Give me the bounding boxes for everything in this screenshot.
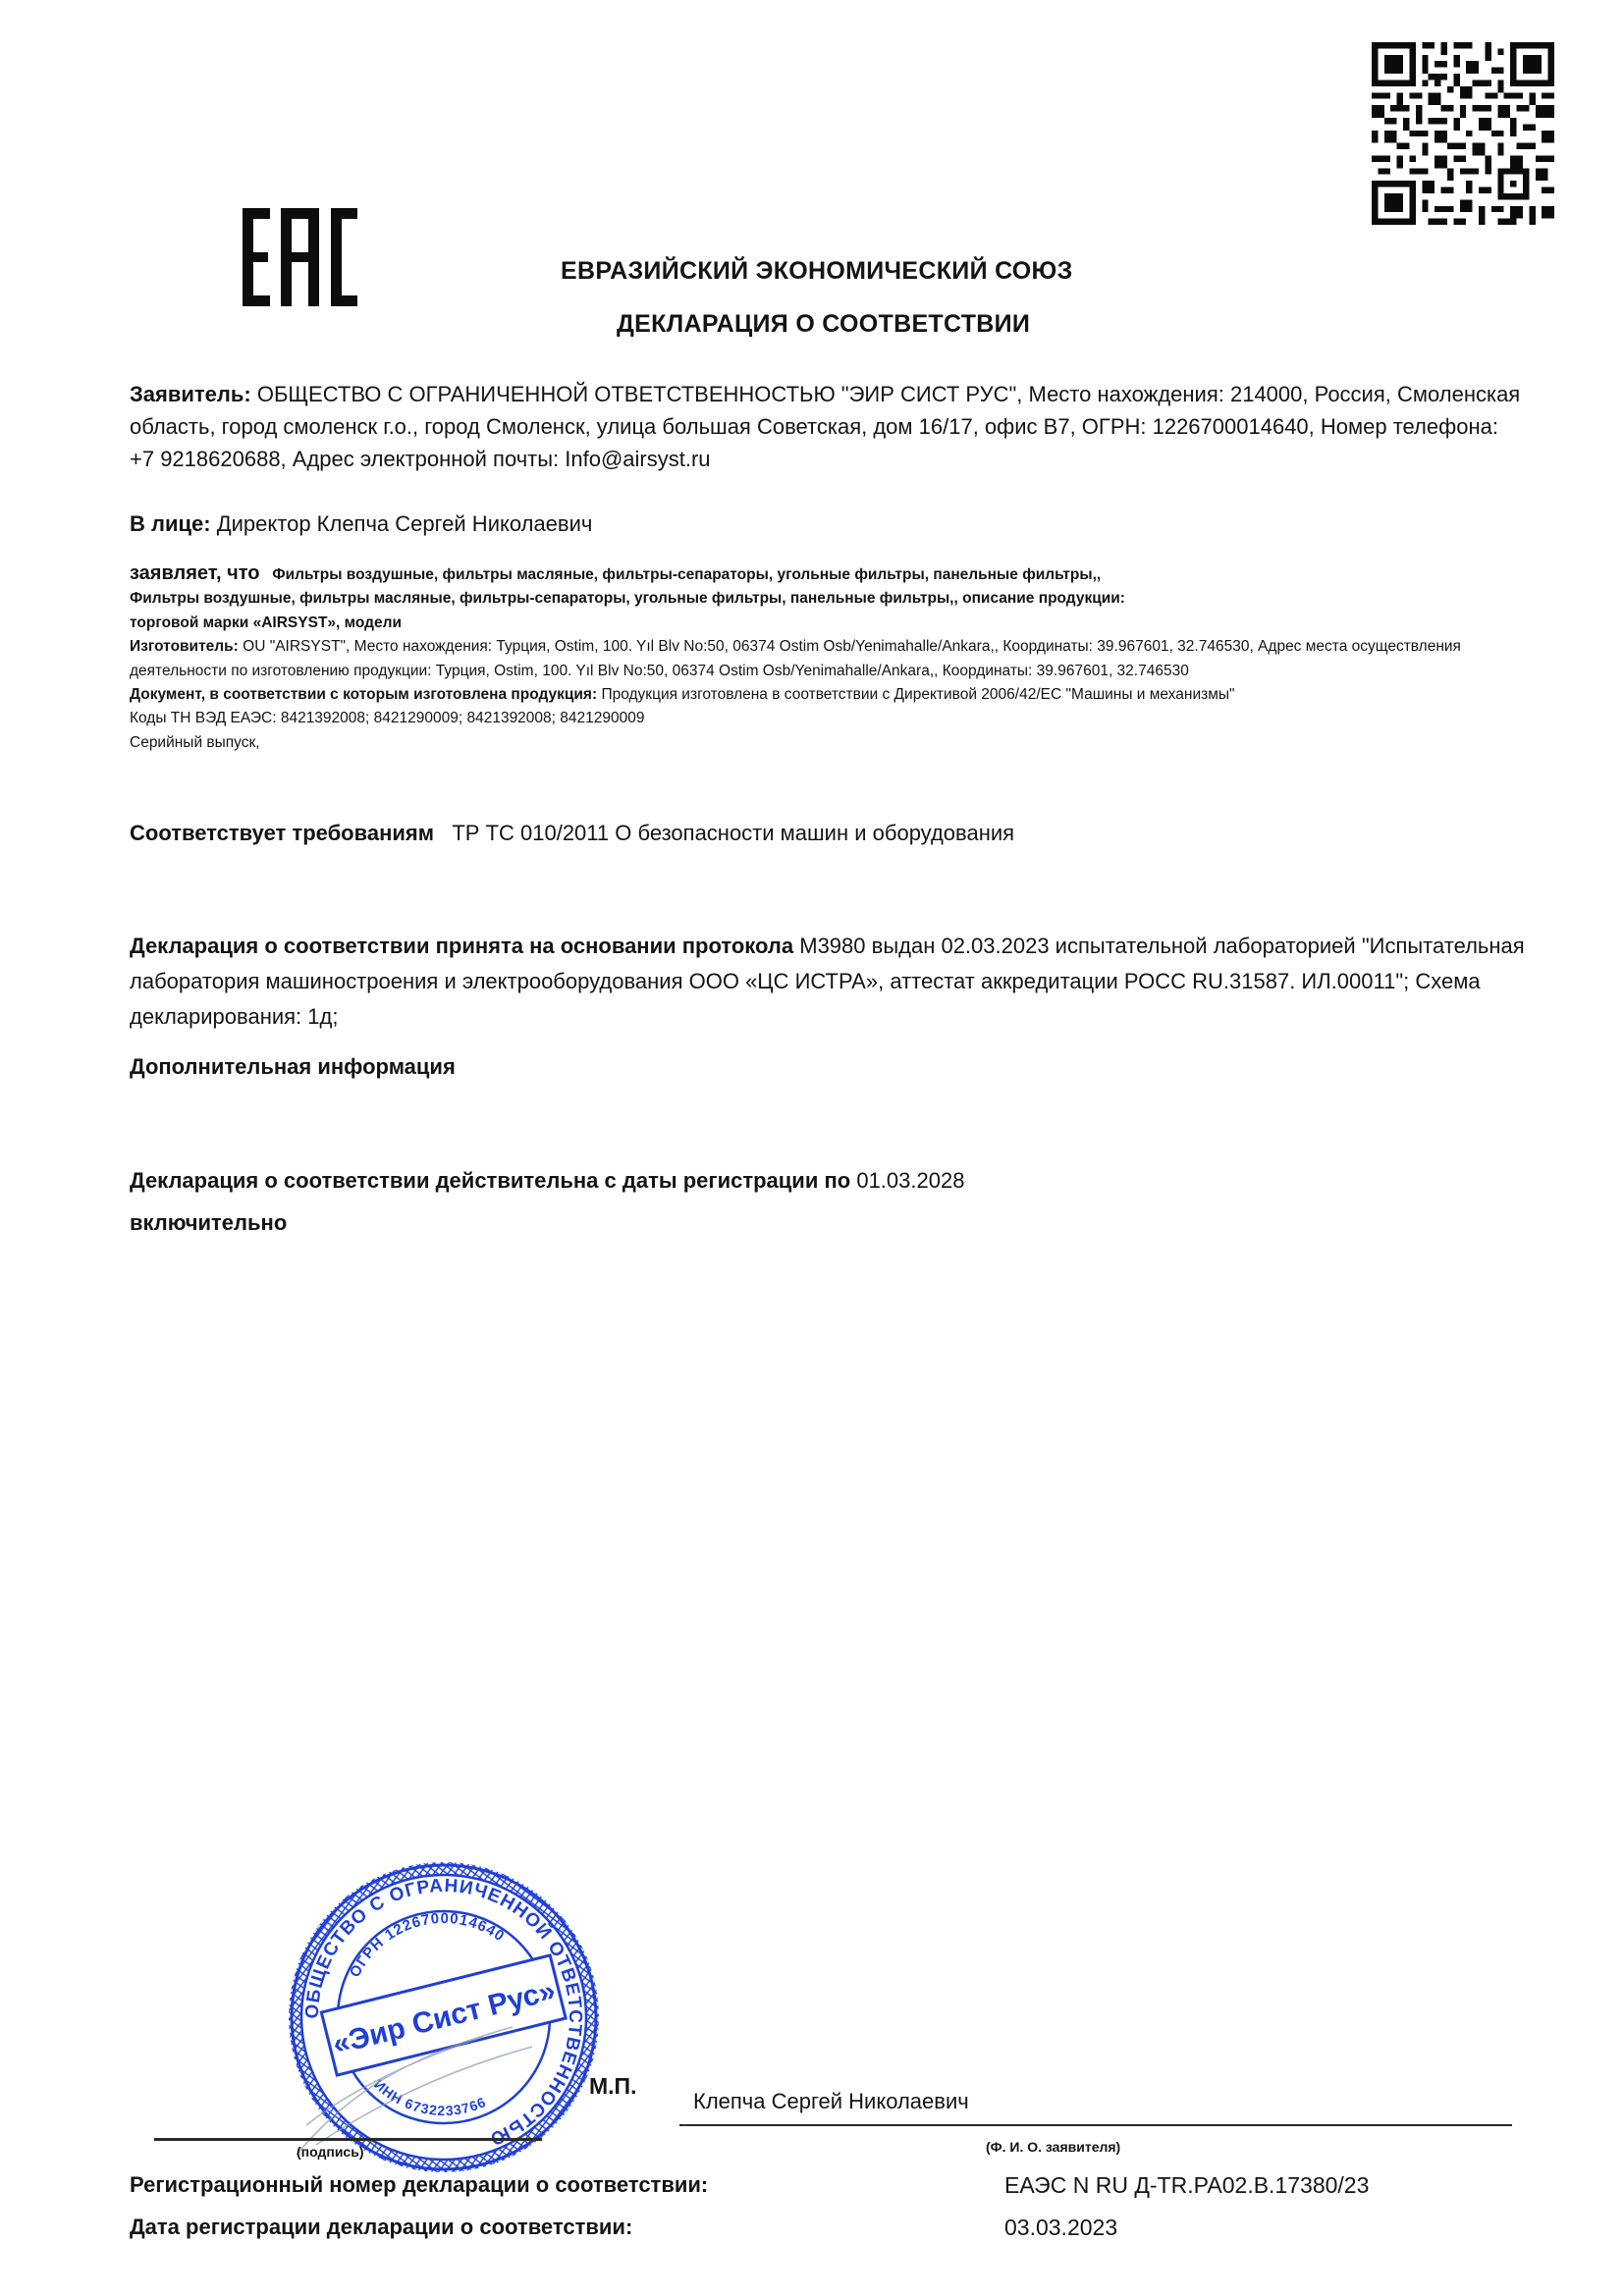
eac-logo [243, 208, 357, 306]
standard-document-label: Документ, в соответствии с которым изгот… [130, 686, 597, 703]
applicant-label: Заявитель: [130, 382, 251, 406]
conformity-line: Соответствует требованиям ТР ТС 010/2011… [130, 821, 1014, 846]
name-caption: (Ф. И. О. заявителя) [986, 2139, 1120, 2155]
protocol-block: Декларация о соответствии принята на осн… [130, 929, 1543, 1035]
hs-codes: 8421392008; 8421290009; 8421392008; 8421… [281, 710, 645, 726]
representative-line: В лице: Директор Клепча Сергей Николаеви… [130, 507, 1524, 540]
declaration-details: заявляет, что Фильтры воздушные, фильтры… [130, 561, 1524, 755]
additional-info-label: Дополнительная информация [130, 1054, 456, 1080]
registration-date: 03.03.2023 [1004, 2215, 1117, 2241]
qr-code[interactable] [1372, 39, 1554, 228]
product-description: Фильтры воздушные, фильтры масляные, фил… [130, 590, 1125, 607]
brand-line: торговой марки «AIRSYST», модели [130, 614, 402, 631]
name-line [679, 2124, 1512, 2126]
conformity-label: Соответствует требованиям [130, 821, 434, 845]
technical-regulation: ТР ТС 010/2011 О безопасности машин и об… [452, 821, 1014, 845]
registration-date-label: Дата регистрации декларации о соответств… [130, 2215, 632, 2240]
union-title: ЕВРАЗИЙСКИЙ ЭКОНОМИЧЕСКИЙ СОЮЗ [561, 257, 1073, 286]
validity-date: 01.03.2028 [856, 1168, 964, 1193]
manufacturer-details: OU "AIRSYST", Место нахождения: Турция, … [130, 638, 1461, 678]
protocol-label: Декларация о соответствии принята на осн… [130, 934, 793, 958]
declares-label: заявляет, что [130, 562, 260, 584]
validity-label: Декларация о соответствии действительна … [130, 1168, 850, 1193]
signature-line [154, 2138, 542, 2141]
registration-number-label: Регистрационный номер декларации о соотв… [130, 2172, 708, 2198]
production-type: Серийный выпуск, [130, 734, 260, 751]
document-title: ДЕКЛАРАЦИЯ О СООТВЕТСТВИИ [617, 310, 1030, 339]
applicant-details: ОБЩЕСТВО С ОГРАНИЧЕННОЙ ОТВЕТСТВЕННОСТЬЮ… [130, 382, 1520, 471]
validity-suffix: включительно [130, 1210, 287, 1236]
applicant-block: Заявитель: ОБЩЕСТВО С ОГРАНИЧЕННОЙ ОТВЕТ… [130, 378, 1524, 475]
company-stamp: ОБЩЕСТВО С ОГРАНИЧЕННОЙ ОТВЕТСТВЕННОСТЬЮ… [287, 1860, 601, 2174]
product-list: Фильтры воздушные, фильтры масляные, фил… [272, 566, 1101, 583]
manufacturer-label: Изготовитель: [130, 638, 239, 655]
validity-line: Декларация о соответствии действительна … [130, 1168, 964, 1194]
representative-label: В лице: [130, 511, 211, 536]
signature-caption: (подпись) [297, 2144, 364, 2160]
standard-document: Продукция изготовлена в соответствии с Д… [601, 686, 1234, 703]
stamp-mark: М.П. [589, 2073, 636, 2100]
registration-number: ЕАЭС N RU Д-TR.РА02.В.17380/23 [1004, 2172, 1369, 2199]
representative-name: Директор Клепча Сергей Николаевич [217, 511, 593, 536]
applicant-full-name: Клепча Сергей Николаевич [693, 2089, 969, 2114]
hs-codes-label: Коды ТН ВЭД ЕАЭС: [130, 710, 277, 726]
